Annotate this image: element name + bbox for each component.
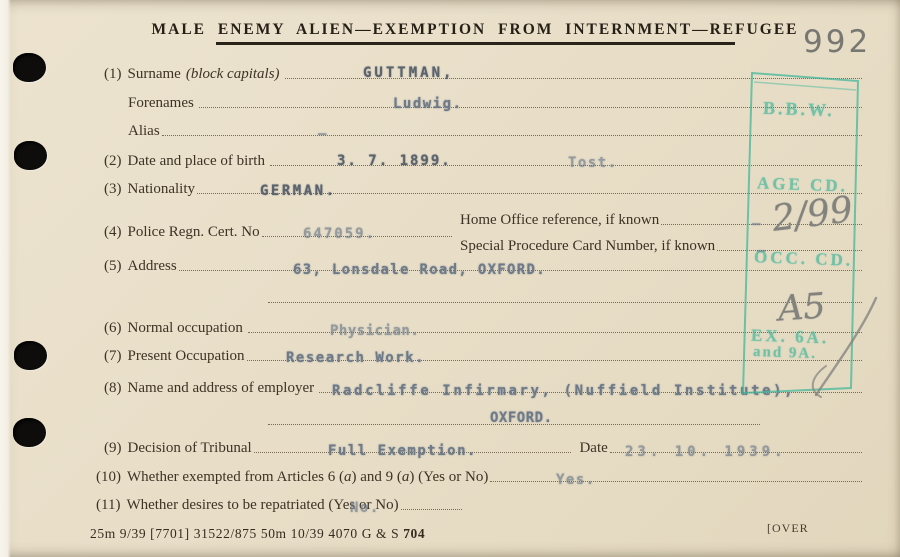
document-card: MALE ENEMY ALIEN—EXEMPTION FROM INTERNME… bbox=[0, 0, 900, 557]
typed-employer-line1: Radcliffe Infirmary, (Nuffield Institute… bbox=[332, 383, 795, 399]
field-number: (11) bbox=[96, 497, 120, 514]
typed-tribunal-decision: Full Exemption. bbox=[328, 443, 477, 459]
field-label: Forenames bbox=[128, 95, 194, 112]
field-number: (6) bbox=[104, 320, 122, 337]
field-label: Home Office reference, if known bbox=[460, 212, 659, 229]
dotted-line bbox=[162, 133, 862, 136]
field-forenames: Forenames bbox=[128, 95, 862, 112]
field-label: Date and place of birth bbox=[128, 153, 265, 170]
field-label-note: (block capitals) bbox=[186, 66, 280, 83]
field-number: (10) bbox=[96, 469, 121, 486]
typed-normal-occupation: Physician. bbox=[330, 323, 419, 339]
typed-surname: GUTTMAN, bbox=[363, 65, 454, 81]
field-police-cert: (4) Police Regn. Cert. No bbox=[104, 224, 452, 241]
field-label: Police Regn. Cert. No bbox=[128, 224, 260, 241]
field-label: Name and address of employer bbox=[128, 380, 315, 397]
typed-present-occupation: Research Work. bbox=[286, 350, 425, 366]
field-label: Alias bbox=[128, 123, 160, 140]
pencil-note-reference: 2/99 bbox=[770, 189, 855, 240]
field-label: Normal occupation bbox=[128, 320, 243, 337]
stamp-line-and-9a: and 9A. bbox=[753, 344, 818, 363]
typed-forenames: Ludwig. bbox=[393, 96, 463, 112]
field-surname: (1) Surname (block capitals) bbox=[104, 66, 862, 83]
typed-address: 63, Lonsdale Road, OXFORD. bbox=[293, 262, 546, 278]
field-number: (4) bbox=[104, 224, 122, 241]
stamp-line-occ-cd: OCC. CD. bbox=[754, 247, 854, 270]
field-present-occupation: (7) Present Occupation bbox=[104, 348, 862, 365]
form-title: MALE ENEMY ALIEN—EXEMPTION FROM INTERNME… bbox=[151, 21, 798, 39]
typed-police-cert: 647059. bbox=[303, 226, 376, 242]
typed-articles-answer: Yes. bbox=[556, 472, 596, 488]
typed-alias: — bbox=[318, 126, 328, 142]
field-label: Present Occupation bbox=[128, 348, 245, 365]
field-repatriated: (11) Whether desires to be repatriated (… bbox=[96, 497, 462, 514]
field-normal-occupation: (6) Normal occupation bbox=[104, 320, 862, 337]
field-number: (3) bbox=[104, 181, 122, 198]
field-number: (1) bbox=[104, 66, 122, 83]
title-underline bbox=[216, 42, 735, 45]
dotted-line bbox=[401, 507, 462, 510]
punch-hole bbox=[13, 418, 46, 447]
typed-nationality: GERMAN. bbox=[260, 183, 337, 199]
stamp-box-double-strike bbox=[754, 82, 856, 90]
typed-employer-line2: OXFORD. bbox=[490, 410, 553, 426]
punch-hole bbox=[14, 141, 47, 170]
field-number: (8) bbox=[104, 380, 122, 397]
field-label: Whether exempted from Articles 6 (a) and… bbox=[127, 469, 488, 486]
field-label: Nationality bbox=[128, 181, 196, 198]
pencil-note-category: A5 bbox=[777, 286, 827, 329]
typed-birth-place: Tost. bbox=[568, 155, 618, 171]
field-number: (5) bbox=[104, 258, 122, 275]
field-articles-exemption: (10) Whether exempted from Articles 6 (a… bbox=[96, 469, 862, 486]
field-nationality: (3) Nationality bbox=[104, 181, 862, 198]
paper-edge bbox=[0, 0, 11, 557]
punch-hole bbox=[13, 53, 46, 82]
field-label: Special Procedure Card Number, if known bbox=[460, 238, 715, 255]
field-label: Decision of Tribunal bbox=[128, 440, 252, 457]
typed-birth-date: 3. 7. 1899. bbox=[337, 153, 452, 169]
typed-home-office-ref: — bbox=[752, 216, 762, 232]
field-number: (2) bbox=[104, 153, 122, 170]
field-number: (7) bbox=[104, 348, 122, 365]
dotted-line bbox=[268, 302, 862, 303]
date-label: Date bbox=[579, 440, 607, 457]
page-number: 992 bbox=[803, 24, 871, 60]
typed-tribunal-date: 23. 10. 1939. bbox=[625, 444, 787, 460]
typed-repatriated-answer: No. bbox=[350, 500, 380, 516]
dotted-line bbox=[490, 479, 862, 482]
over-label: [OVER bbox=[767, 521, 809, 536]
punch-hole bbox=[14, 341, 47, 370]
field-label: Address bbox=[128, 258, 177, 275]
printer-imprint: 25m 9/39 [7701] 31522/875 50m 10/39 4070… bbox=[90, 526, 425, 542]
field-alias: Alias bbox=[128, 123, 862, 140]
field-birth: (2) Date and place of birth bbox=[104, 153, 862, 170]
stamp-line-bbw: B.B.W. bbox=[763, 98, 836, 121]
field-number: (9) bbox=[104, 440, 122, 457]
field-label: Surname bbox=[128, 66, 181, 83]
